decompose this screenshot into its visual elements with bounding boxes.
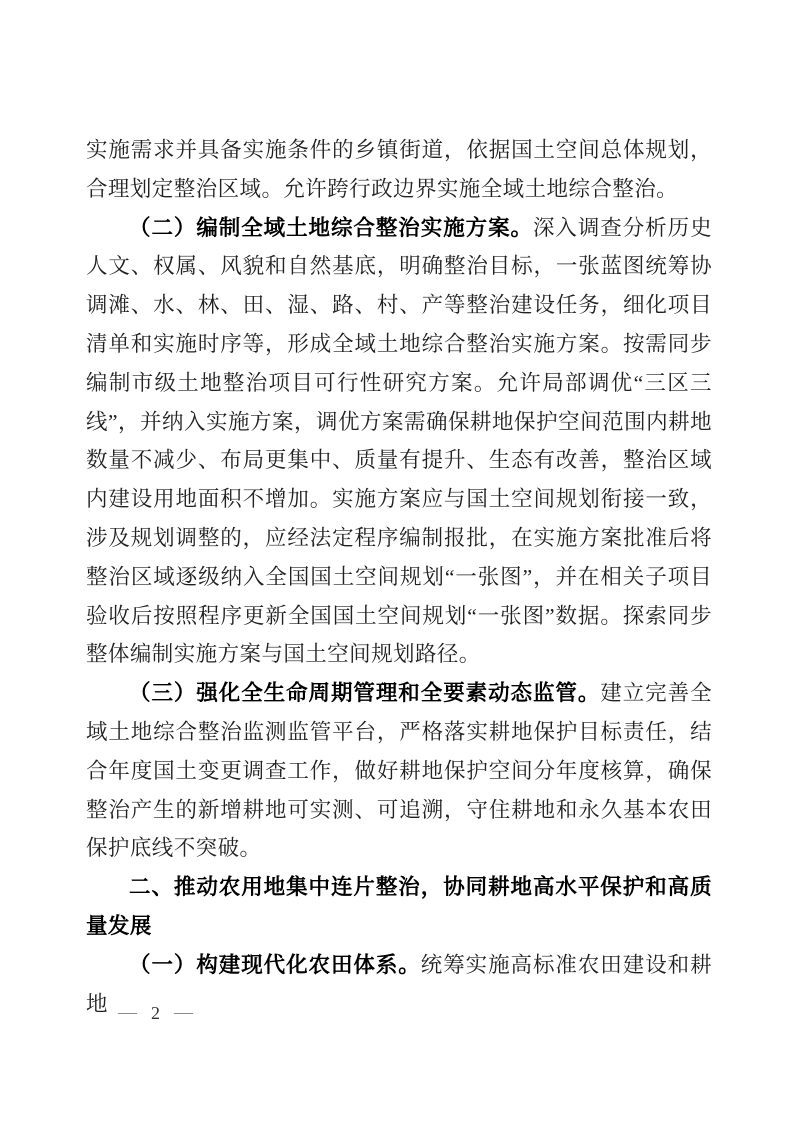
paragraph-section-2-3: （三）强化全生命周期管理和全要素动态监管。建立完善全域土地综合整治监测监管平台，… xyxy=(86,674,712,868)
footer-dash-left: — xyxy=(118,1001,137,1025)
paragraph-text: 建立完善全域土地综合整治监测监管平台，严格落实耕地保护目标责任，结合年度国土变更… xyxy=(86,681,712,860)
paragraph-lead-bold: （二）编制全域土地综合整治实施方案。 xyxy=(129,216,533,240)
paragraph-text: 深入调查分析历史人文、权属、风貌和自然基底，明确整治目标，一张蓝图统筹协调滩、水… xyxy=(86,216,712,667)
document-body: 实施需求并具备实施条件的乡镇街道，依据国土空间总体规划，合理划定整治区域。允许跨… xyxy=(86,131,712,1023)
paragraph-lead-bold: （三）强化全生命周期管理和全要素动态监管。 xyxy=(129,681,600,705)
paragraph-lead-bold: （一）构建现代化农田体系。 xyxy=(129,953,421,977)
page-number: 2 xyxy=(151,1001,160,1025)
page-footer: — 2 — xyxy=(118,1001,193,1025)
paragraph-section-2-2: （二）编制全域土地综合整治实施方案。深入调查分析历史人文、权属、风貌和自然基底，… xyxy=(86,209,712,675)
document-page: 实施需求并具备实施条件的乡镇街道，依据国土空间总体规划，合理划定整治区域。允许跨… xyxy=(0,0,800,1132)
section-heading-part-two: 二、推动农用地集中连片整治，协同耕地高水平保护和高质量发展 xyxy=(86,868,712,946)
footer-dash-right: — xyxy=(174,1001,193,1025)
paragraph-continuation: 实施需求并具备实施条件的乡镇街道，依据国土空间总体规划，合理划定整治区域。允许跨… xyxy=(86,131,712,209)
